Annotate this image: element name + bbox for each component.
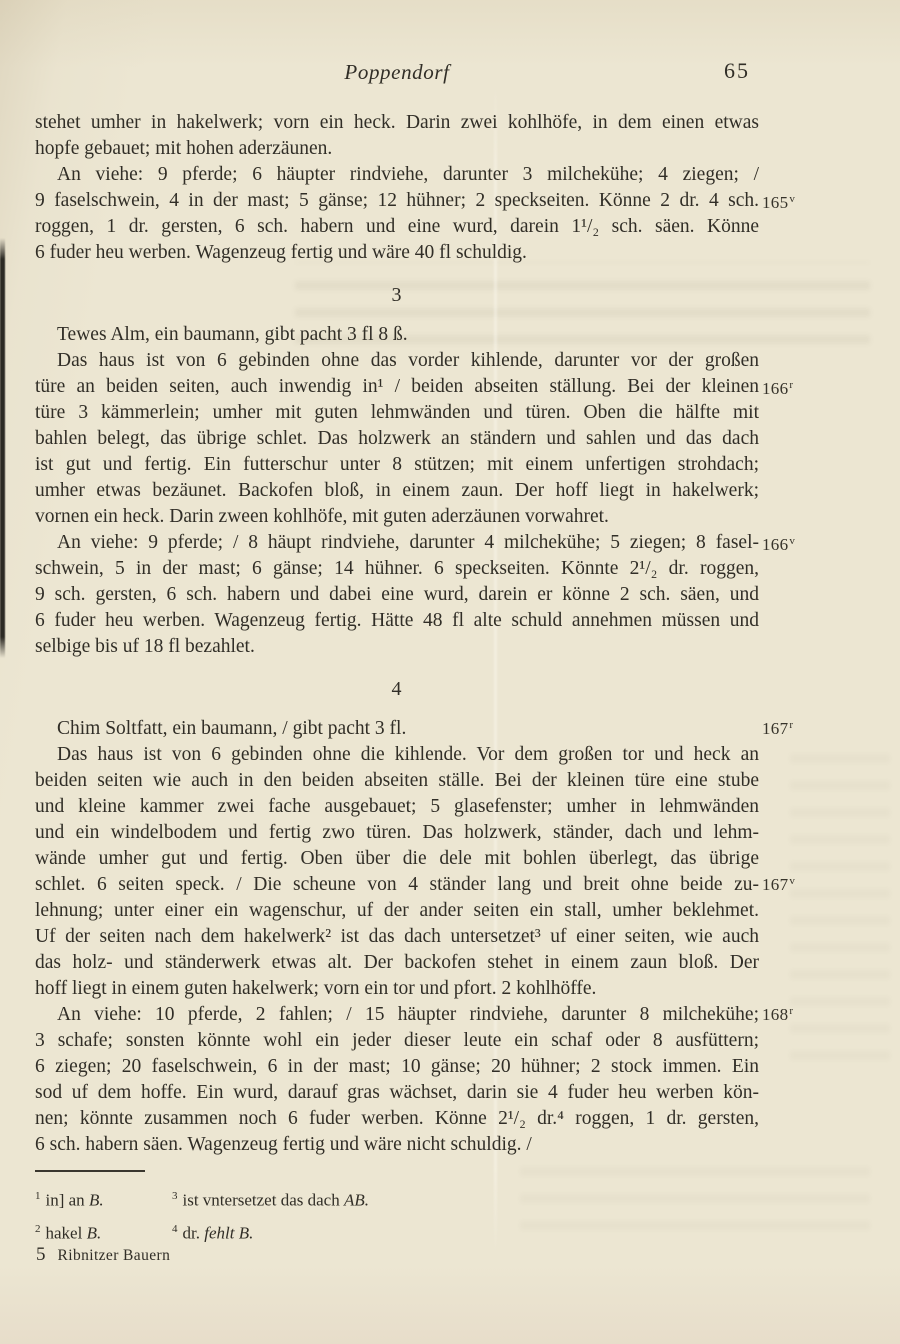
text-line: vornen ein heck. Darin zween kohlhöfe, m…: [35, 504, 759, 530]
text-line: 6 sch. habern säen. Wagenzeug fertig und…: [35, 1132, 759, 1158]
text-line: sod uf dem hoffe. Ein wurd, darauf gras …: [35, 1080, 759, 1106]
section-heading: 4: [35, 676, 759, 702]
text-line: hoff liegt in einem guten hakelwerk; vor…: [35, 976, 759, 1002]
text-line: 3 schafe; sonsten könnte wohl ein jeder …: [35, 1028, 759, 1054]
text-line: 6 fuder heu werben. Wagenzeug fertig und…: [35, 240, 759, 266]
footnote-marker: 1: [35, 1190, 41, 1202]
text-line: lehnung; unter einer ein wagenschur, uf …: [35, 898, 759, 924]
scan-edge-shadow: [0, 238, 5, 658]
text-line: beiden seiten wie auch in den beiden abs…: [35, 768, 759, 794]
paragraph: An viehe: 9 pferde; 6 häupter rindviehe,…: [35, 162, 759, 266]
footnote-marker: 4: [172, 1223, 178, 1235]
text-line: bahlen belegt, das übrige schlet. Das ho…: [35, 426, 759, 452]
text-line: und ein windelbodem und fertig zwo türen…: [35, 820, 759, 846]
paragraph: stehet umher in hakelwerk; vorn ein heck…: [35, 110, 759, 162]
running-title: Poppendorf: [35, 60, 759, 85]
text-line: Chim Soltfatt, ein baumann, / gibt pacht…: [35, 716, 759, 742]
signature-label: Ribnitzer Bauern: [58, 1247, 171, 1264]
text-line: 9 sch. gersten, 6 sch. habern und dabei …: [35, 582, 759, 608]
folio-margin-note: 167r: [762, 719, 793, 739]
paragraph: An viehe: 10 pferde, 2 fahlen; / 15 häup…: [35, 1002, 759, 1158]
text-line: wände umher gut und fertig. Oben über di…: [35, 846, 759, 872]
text-line: Uf der seiten nach dem hakelwerk² ist da…: [35, 924, 759, 950]
text-line: das holz- und ständerwerk etwas alt. Der…: [35, 950, 759, 976]
text-line: nen; könnte zusammen noch 6 fuder werben…: [35, 1106, 759, 1132]
folio-margin-note: 166r: [762, 379, 793, 399]
footnote-rule: [35, 1170, 145, 1172]
paragraph: Das haus ist von 6 gebinden ohne die kih…: [35, 742, 759, 1002]
folio-margin-note: 165v: [762, 193, 795, 213]
text-line: selbige bis uf 18 fl bezahlet.: [35, 634, 759, 660]
text-line: ist gut und fertig. Ein futterschur unte…: [35, 452, 759, 478]
text-line: schlet. 6 seiten speck. / Die scheune vo…: [35, 872, 759, 898]
signature-line: 5Ribnitzer Bauern: [36, 1244, 170, 1266]
folio-margin-note: 167v: [762, 875, 795, 895]
footnote: 4dr. fehlt B.: [172, 1215, 735, 1248]
book-page: Poppendorf 65 stehet umher in hakelwerk;…: [0, 0, 900, 1344]
text-line: roggen, 1 dr. gersten, 6 sch. habern und…: [35, 214, 759, 240]
text-line: 9 faselschwein, 4 in der mast; 5 gänse; …: [35, 188, 759, 214]
paragraph: Tewes Alm, ein baumann, gibt pacht 3 fl …: [35, 322, 759, 348]
folio-margin-note: 166v: [762, 535, 795, 555]
text-line: 6 fuder heu werben. Wagenzeug fertig. Hä…: [35, 608, 759, 634]
text-line: An viehe: 10 pferde, 2 fahlen; / 15 häup…: [35, 1002, 759, 1028]
text-line: Das haus ist von 6 gebinden ohne das vor…: [35, 348, 759, 374]
folio-margin-note: 168r: [762, 1005, 793, 1025]
text-line: umher etwas bezäunet. Backofen bloß, in …: [35, 478, 759, 504]
footnote: 3ist vntersetzet das dach AB.: [172, 1182, 735, 1215]
footnote: 2hakel B.: [35, 1215, 172, 1248]
section-heading: 3: [35, 282, 759, 308]
text-line: stehet umher in hakelwerk; vorn ein heck…: [35, 110, 759, 136]
text-line: 6 ziegen; 20 faselschwein, 6 in der mast…: [35, 1054, 759, 1080]
text-line: türe 3 kämmerlein; umher mit guten lehmw…: [35, 400, 759, 426]
text-line: Das haus ist von 6 gebinden ohne die kih…: [35, 742, 759, 768]
footnotes: 1in] an B. 3ist vntersetzet das dach AB.…: [35, 1182, 735, 1247]
text-line: schwein, 5 in der mast; 6 gänse; 14 hühn…: [35, 556, 759, 582]
text-line: und kleine kammer zwei fache ausgebauet;…: [35, 794, 759, 820]
paragraph: Chim Soltfatt, ein baumann, / gibt pacht…: [35, 716, 759, 742]
footnote-marker: 3: [172, 1190, 178, 1202]
text-line: hopfe gebauet; mit hohen aderzäunen.: [35, 136, 759, 162]
text-line: türe an beiden seiten, auch inwendig in¹…: [35, 374, 759, 400]
footnote: 1in] an B.: [35, 1182, 172, 1215]
paragraph: An viehe: 9 pferde; / 8 häupt rindviehe,…: [35, 530, 759, 660]
footnote-marker: 2: [35, 1223, 41, 1235]
page-number: 65: [724, 58, 750, 84]
signature-mark: 5: [36, 1244, 46, 1265]
show-through-smudge: [790, 740, 890, 1060]
text-line: An viehe: 9 pferde; / 8 häupt rindviehe,…: [35, 530, 759, 556]
body-text: stehet umher in hakelwerk; vorn ein heck…: [35, 110, 759, 1158]
text-line: An viehe: 9 pferde; 6 häupter rindviehe,…: [35, 162, 759, 188]
text-line: Tewes Alm, ein baumann, gibt pacht 3 fl …: [35, 322, 759, 348]
paragraph: Das haus ist von 6 gebinden ohne das vor…: [35, 348, 759, 530]
